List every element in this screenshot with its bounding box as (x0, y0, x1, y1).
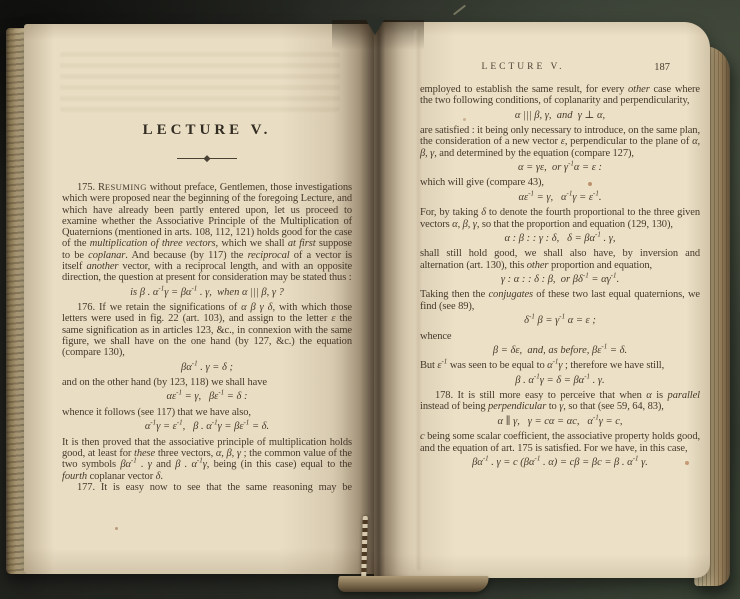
text-paragraph: which will give (compare 43), (420, 177, 700, 188)
text-paragraph: shall still hold good, we shall also hav… (420, 248, 700, 271)
math-formula: γ : α : : δ : β, or βδ-1 = αγ-1. (420, 274, 700, 286)
math-formula: α = γε, or γ-1α = ε : (420, 162, 700, 174)
bottom-page-block-edge (337, 576, 489, 592)
text-paragraph: Taking then the conjugates of these two … (420, 289, 700, 312)
foxing-spot (685, 461, 689, 465)
math-formula: α ∥ γ, γ = cα = αc, α-1γ = c, (420, 416, 700, 428)
foxing-spot (463, 118, 466, 121)
right-page-text-column: employed to establish the same result, f… (420, 84, 700, 472)
right-page: LECTURE V. 187 employed to establish the… (374, 22, 710, 578)
text-paragraph: whence (420, 331, 700, 342)
text-paragraph: 176. If we retain the significations of … (62, 302, 352, 358)
math-formula: β = δε, and, as before, βε-1 = δ. (420, 345, 700, 357)
foxing-spot (115, 527, 118, 530)
math-formula: α-1γ = ε-1, β . α-1γ = βε-1 = δ. (62, 421, 352, 433)
left-page-text-column: LECTURE V.175. Resuming without preface,… (62, 121, 352, 493)
math-formula: α ||| β, γ, and γ ⊥ α, (420, 110, 700, 122)
math-formula: αε-1 = γ, α-1γ = ε-1. (420, 192, 700, 204)
text-paragraph: It is then proved that the associative p… (62, 437, 352, 482)
text-paragraph: 175. Resuming without preface, Gentlemen… (62, 182, 352, 284)
math-formula: βα-1 . γ = δ ; (62, 362, 352, 374)
math-formula: is β . α-1γ = βα-1 . γ, when α ||| β, γ … (62, 287, 352, 299)
text-paragraph: 177. It is easy now to see that the same… (62, 482, 352, 493)
text-paragraph: are satisfied : it being only necessary … (420, 125, 700, 159)
text-paragraph: But ε-1 was seen to be equal to α-1γ ; t… (420, 360, 700, 371)
section-ornament (177, 155, 237, 162)
ink-showthrough (60, 52, 340, 112)
running-head-title: LECTURE V. (420, 62, 626, 72)
math-formula: β . α-1γ = δ = βα-1 . γ. (420, 375, 700, 387)
gutter-crease-highlight (414, 30, 420, 570)
math-formula: βα-1 . γ = c (βα-1 . α) = cβ = βc = β . … (420, 457, 700, 469)
text-paragraph: c being some scalar coefficient, the ass… (420, 431, 700, 454)
text-paragraph: whence it follows (see 117) that we have… (62, 407, 352, 418)
lecture-heading: LECTURE V. (62, 121, 352, 139)
left-page: LECTURE V.175. Resuming without preface,… (24, 24, 376, 574)
text-paragraph: employed to establish the same result, f… (420, 84, 700, 107)
photo-backdrop: LECTURE V.175. Resuming without preface,… (0, 0, 740, 599)
math-formula: αε-1 = γ, βε-1 = δ : (62, 391, 352, 403)
page-number: 187 (654, 62, 670, 73)
running-head: LECTURE V. 187 (420, 62, 698, 76)
background-scratch (453, 5, 466, 16)
text-paragraph: and on the other hand (by 123, 118) we s… (62, 377, 352, 388)
text-paragraph: For, by taking δ to denote the fourth pr… (420, 207, 700, 230)
text-paragraph: 178. It is still more easy to perceive t… (420, 390, 700, 413)
foxing-spot (588, 182, 592, 186)
math-formula: α : β : : γ : δ, δ = βα-1 . γ, (420, 233, 700, 245)
math-formula: δ-1 β = γ-1 α = ε ; (420, 315, 700, 327)
